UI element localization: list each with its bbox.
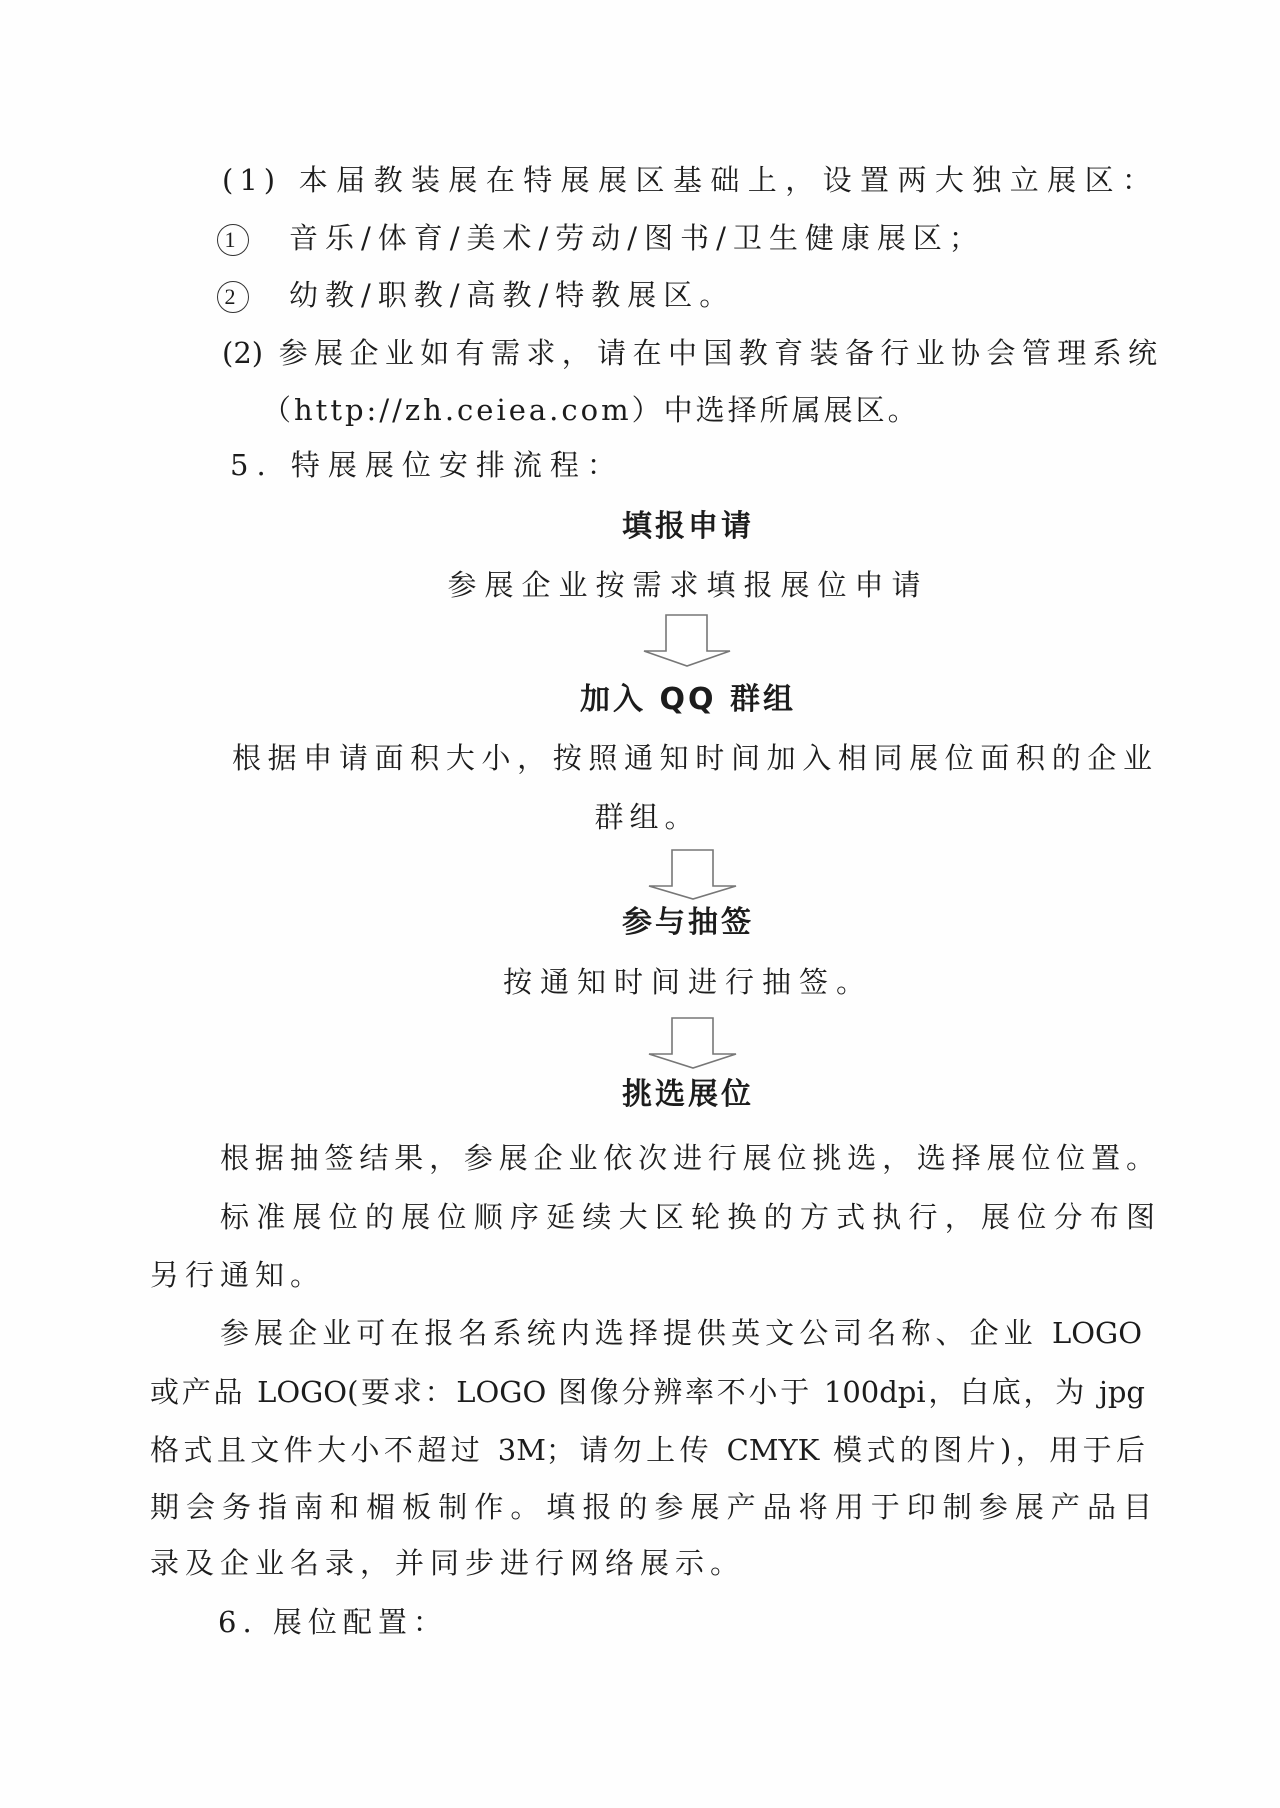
zone-item-1: (1) 本届教装展在特展展区基础上，设置两大独立展区：	[222, 162, 1157, 198]
paragraph-selection: 根据抽签结果，参展企业依次进行展位挑选，选择展位位置。	[220, 1140, 1155, 1176]
zone-item-2-label: (2)	[222, 336, 263, 370]
flow-step-2-desc-line-2: 群组。	[0, 799, 1280, 835]
zone-item-2-text: 参展企业如有需求，请在中国教育装备行业协会管理系统	[279, 336, 1157, 370]
flow-step-2-title: 加入 QQ 群组	[0, 682, 1280, 718]
paragraph-standard-booth-line-1: 标准展位的展位顺序延续大区轮换的方式执行，展位分布图	[220, 1199, 1155, 1235]
section-6-heading: 6. 展位配置：	[218, 1604, 448, 1640]
flow-step-3-desc: 按通知时间进行抽签。	[0, 964, 1280, 1000]
hollow-down-arrow-icon	[648, 1017, 738, 1071]
paragraph-standard-booth-line-2: 另行通知。	[150, 1257, 325, 1293]
section-5-heading: 5. 特展展位安排流程：	[230, 447, 624, 483]
circled-number-1-icon: 1	[217, 224, 249, 256]
paragraph-logo-line-4: 期会务指南和楣板制作。填报的参展产品将用于印制参展产品目	[150, 1489, 1152, 1525]
paragraph-logo-line-1: 参展企业可在报名系统内选择提供英文公司名称、企业 LOGO	[220, 1315, 1142, 1351]
flow-step-3-title: 参与抽签	[0, 905, 1280, 941]
zone-sub-item-2-text: 幼教/职教/高教/特教展区。	[289, 278, 735, 312]
flow-step-1-title: 填报申请	[0, 509, 1280, 545]
zone-item-1-text: 本届教装展在特展展区基础上，设置两大独立展区：	[299, 163, 1157, 197]
hollow-down-arrow-icon	[643, 614, 733, 668]
zone-item-2: (2) 参展企业如有需求，请在中国教育装备行业协会管理系统	[222, 335, 1157, 371]
zone-sub-item-2: 2幼教/职教/高教/特教展区。	[217, 277, 735, 313]
zone-sub-item-1-text: 音乐/体育/美术/劳动/图书/卫生健康展区；	[289, 221, 985, 255]
document-page: (1) 本届教装展在特展展区基础上，设置两大独立展区： 1音乐/体育/美术/劳动…	[0, 0, 1280, 1808]
zone-item-1-label: (1)	[222, 163, 281, 197]
circled-number-2-icon: 2	[217, 281, 249, 313]
paragraph-logo-line-3: 格式且文件大小不超过 3M；请勿上传 CMYK 模式的图片)，用于后	[150, 1432, 1145, 1468]
flow-step-2-desc-line-1: 根据申请面积大小，按照通知时间加入相同展位面积的企业	[232, 740, 1152, 776]
zone-item-2-url-line: （http://zh.ceiea.com）中选择所属展区。	[262, 392, 920, 428]
flow-step-1-desc: 参展企业按需求填报展位申请	[0, 567, 1280, 603]
zone-sub-item-1: 1音乐/体育/美术/劳动/图书/卫生健康展区；	[217, 220, 985, 256]
hollow-down-arrow-icon	[648, 849, 738, 903]
paragraph-logo-line-2: 或产品 LOGO(要求：LOGO 图像分辨率不小于 100dpi，白底，为 jp…	[150, 1374, 1145, 1410]
flow-step-4-title: 挑选展位	[0, 1077, 1280, 1113]
paragraph-logo-line-5: 录及企业名录，并同步进行网络展示。	[150, 1545, 745, 1581]
